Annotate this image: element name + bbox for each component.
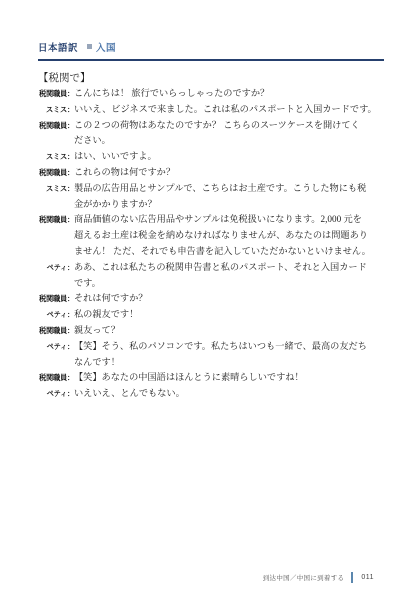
dialogue-text-line: 製品の広告用品とサンプルで、こちらはお土産です。こうした物にも税 bbox=[74, 181, 390, 197]
speaker-label: スミス： bbox=[38, 149, 74, 165]
dialogue-transcript: 税関職員：こんにちは！ 旅行でいらっしゃったのですか？スミス：いいえ、ビジネスで… bbox=[38, 86, 390, 402]
dialogue-text-line: はい、いいですよ。 bbox=[74, 149, 390, 165]
dialogue-entry: 税関職員：これらの物は何ですか？ bbox=[38, 165, 390, 181]
dialogue-entry: スミス：いいえ、ビジネスで来ました。これは私のパスポートと入国カードです。 bbox=[38, 102, 390, 118]
header-title: 日本語訳 bbox=[38, 43, 78, 54]
dialogue-text: こんにちは！ 旅行でいらっしゃったのですか？ bbox=[74, 86, 390, 102]
dialogue-text: いえいえ、とんでもない。 bbox=[74, 386, 390, 402]
dialogue-text: この２つの荷物はあなたのですか？ こちらのスーツケースを開けてください。 bbox=[74, 118, 390, 150]
speaker-label: ペティ： bbox=[38, 339, 74, 355]
dialogue-text-line: 【笑】あなたの中国語はほんとうに素晴らしいですね！ bbox=[74, 370, 390, 386]
dialogue-text: はい、いいですよ。 bbox=[74, 149, 390, 165]
dialogue-text-line: いえいえ、とんでもない。 bbox=[74, 386, 390, 402]
dialogue-text-line: 【笑】そう、私のパソコンです。私たちはいつも一緒で、最高の友だち bbox=[74, 339, 390, 355]
speaker-label: 税関職員： bbox=[38, 212, 74, 228]
scene-title: 【税関で】 bbox=[38, 70, 91, 85]
speaker-label: ペティ： bbox=[38, 386, 74, 402]
dialogue-text: 親友って？ bbox=[74, 323, 390, 339]
dialogue-text-line: いいえ、ビジネスで来ました。これは私のパスポートと入国カードです。 bbox=[74, 102, 390, 118]
speaker-label: ペティ： bbox=[38, 307, 74, 323]
speaker-label: スミス： bbox=[38, 181, 74, 197]
dialogue-text: 製品の広告用品とサンプルで、こちらはお土産です。こうした物にも税金がかかりますか… bbox=[74, 181, 390, 213]
dialogue-text: 【笑】そう、私のパソコンです。私たちはいつも一緒で、最高の友だちなんです！ bbox=[74, 339, 390, 371]
dialogue-entry: 税関職員：親友って？ bbox=[38, 323, 390, 339]
dialogue-text: いいえ、ビジネスで来ました。これは私のパスポートと入国カードです。 bbox=[74, 102, 390, 118]
dialogue-text-line: こんにちは！ 旅行でいらっしゃったのですか？ bbox=[74, 86, 390, 102]
square-bullet-icon bbox=[87, 44, 92, 49]
dialogue-entry: ペティ：【笑】そう、私のパソコンです。私たちはいつも一緒で、最高の友だちなんです… bbox=[38, 339, 390, 371]
dialogue-text-line: 超えるお土産は税金を納めなければなりませんが、あなたのは問題あり bbox=[74, 228, 390, 244]
dialogue-text-line: です。 bbox=[74, 276, 390, 292]
speaker-label: 税関職員： bbox=[38, 86, 74, 102]
header-topic: 入国 bbox=[96, 43, 116, 54]
dialogue-text: これらの物は何ですか？ bbox=[74, 165, 390, 181]
dialogue-entry: スミス：製品の広告用品とサンプルで、こちらはお土産です。こうした物にも税金がかか… bbox=[38, 181, 390, 213]
speaker-label: 税関職員： bbox=[38, 291, 74, 307]
dialogue-entry: 税関職員：この２つの荷物はあなたのですか？ こちらのスーツケースを開けてください… bbox=[38, 118, 390, 150]
dialogue-text-line: これらの物は何ですか？ bbox=[74, 165, 390, 181]
dialogue-text: 商品価値のない広告用品やサンプルは免税扱いになります。2,000 元を超えるお土… bbox=[74, 212, 390, 259]
dialogue-text-line: ません！ ただ、それでも申告書を記入していただかないといけません。 bbox=[74, 244, 390, 260]
page-footer: 到达中国／中国に到着する 011 bbox=[263, 572, 374, 583]
speaker-label: 税関職員： bbox=[38, 118, 74, 134]
speaker-label: ペティ： bbox=[38, 260, 74, 276]
dialogue-entry: ペティ：私の親友です！ bbox=[38, 307, 390, 323]
dialogue-entry: 税関職員：それは何ですか？ bbox=[38, 291, 390, 307]
dialogue-entry: ペティ：ああ、これは私たちの税関申告書と私のパスポート、それと入国カードです。 bbox=[38, 260, 390, 292]
section-header: 日本語訳入国 bbox=[38, 42, 384, 61]
dialogue-text-line: ださい。 bbox=[74, 133, 390, 149]
dialogue-text-line: この２つの荷物はあなたのですか？ こちらのスーツケースを開けてく bbox=[74, 118, 390, 134]
speaker-label: 税関職員： bbox=[38, 370, 74, 386]
dialogue-text-line: それは何ですか？ bbox=[74, 291, 390, 307]
book-page: 日本語訳入国 【税関で】 税関職員：こんにちは！ 旅行でいらっしゃったのですか？… bbox=[0, 0, 420, 596]
dialogue-text-line: なんです！ bbox=[74, 355, 390, 371]
dialogue-text: 【笑】あなたの中国語はほんとうに素晴らしいですね！ bbox=[74, 370, 390, 386]
footer-chapter-title: 到达中国／中国に到着する bbox=[263, 573, 345, 582]
dialogue-text-line: 私の親友です！ bbox=[74, 307, 390, 323]
footer-divider-bar bbox=[351, 572, 353, 583]
dialogue-entry: 税関職員：こんにちは！ 旅行でいらっしゃったのですか？ bbox=[38, 86, 390, 102]
dialogue-text-line: 親友って？ bbox=[74, 323, 390, 339]
dialogue-text: それは何ですか？ bbox=[74, 291, 390, 307]
speaker-label: 税関職員： bbox=[38, 323, 74, 339]
page-number: 011 bbox=[361, 574, 374, 581]
dialogue-text-line: ああ、これは私たちの税関申告書と私のパスポート、それと入国カード bbox=[74, 260, 390, 276]
dialogue-entry: スミス：はい、いいですよ。 bbox=[38, 149, 390, 165]
dialogue-entry: ペティ：いえいえ、とんでもない。 bbox=[38, 386, 390, 402]
dialogue-text-line: 商品価値のない広告用品やサンプルは免税扱いになります。2,000 元を bbox=[74, 212, 390, 228]
speaker-label: スミス： bbox=[38, 102, 74, 118]
dialogue-entry: 税関職員：【笑】あなたの中国語はほんとうに素晴らしいですね！ bbox=[38, 370, 390, 386]
dialogue-entry: 税関職員：商品価値のない広告用品やサンプルは免税扱いになります。2,000 元を… bbox=[38, 212, 390, 259]
dialogue-text: ああ、これは私たちの税関申告書と私のパスポート、それと入国カードです。 bbox=[74, 260, 390, 292]
dialogue-text-line: 金がかかりますか？ bbox=[74, 197, 390, 213]
speaker-label: 税関職員： bbox=[38, 165, 74, 181]
dialogue-text: 私の親友です！ bbox=[74, 307, 390, 323]
